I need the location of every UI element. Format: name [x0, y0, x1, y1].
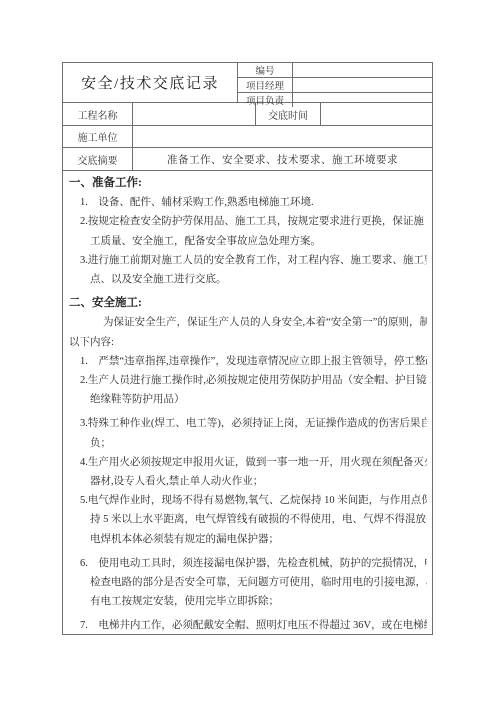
body-line: 2.按规定检查安全防护劳保用品、施工工具，按规定要求进行更换，保证施	[69, 212, 427, 231]
disclosure-time-label: 交底时间	[256, 103, 321, 125]
body-line: 3.特殊工种作业(焊工、电工等)，必须持证上岗，无证操作造成的伤害后果自	[69, 414, 427, 433]
body-line: 3.进行施工前期对施工人员的安全教育工作，对工程内容、施工要求、施工要	[69, 251, 427, 270]
header-row-top: 安全/技术交底记录 编号 项目经理 项目负责	[63, 63, 432, 103]
disclosure-time-value	[321, 103, 432, 125]
row-disclosure-summary: 交底摘要 准备工作、安全要求、技术要求、施工环境要求	[63, 148, 432, 171]
number-value	[293, 63, 432, 77]
construction-unit-label: 施工单位	[63, 126, 133, 147]
header-right-stack: 编号 项目经理 项目负责	[238, 63, 432, 102]
body-line: 4.生产用火必须按规定申报用火证，做到一事一地一开，用火现在须配备灭火	[69, 453, 427, 472]
project-name-value	[133, 103, 256, 125]
body-line: 以下内容:	[69, 333, 427, 352]
page: 安全/技术交底记录 编号 项目经理 项目负责 工程名称	[0, 0, 500, 708]
body-line: 器材,设专人看火,禁止单人动火作业；	[69, 472, 427, 491]
body-line: 有电工按规定安装，使用完毕立即拆除；	[69, 592, 427, 611]
row-construction-unit: 施工单位	[63, 126, 432, 148]
disclosure-summary-label: 交底摘要	[63, 148, 133, 170]
project-manager-value	[293, 78, 432, 92]
body-line: 一、准备工作:	[69, 174, 427, 193]
row-project-name: 工程名称 交底时间	[63, 103, 432, 126]
body-line: 1. 设备、配件、辅材采购工作,熟悉电梯施工环境.	[69, 193, 427, 212]
body-line: 6. 使用电动工具时，须连接漏电保护器，先检查机械，防护的完损情况，电工	[69, 554, 427, 573]
body-line: 7. 电梯井内工作，必须配戴安全帽、照明灯电压不得超过 36V，或在电梯维修	[69, 616, 427, 634]
body-line: 2.生产人员进行施工操作时,必须按规定使用劳保防护用品（安全帽、护目镜、	[69, 371, 427, 390]
body-line: 电焊机本体必须装有规定的漏电保护器；	[69, 530, 427, 549]
body-line: 工质量、安全施工，配备安全事故应急处理方案。	[69, 232, 427, 251]
row-project-manager: 项目经理	[238, 78, 432, 93]
body-line: 持 5 米以上水平距离，电气焊管线有破损的不得使用，电、气焊不得混放使用，	[69, 510, 427, 529]
body-line: 检查电路的部分是否安全可靠，无问题方可使用，临时用电的引接电源，必须	[69, 573, 427, 592]
disclosure-summary-value: 准备工作、安全要求、技术要求、施工环境要求	[133, 148, 432, 170]
body-line: 1. 严禁“违章指挥,违章操作”，发现违章情况应立即上报主管领导，停工整改。	[69, 352, 427, 371]
construction-unit-value	[133, 126, 432, 147]
body-line: 二、安全施工:	[69, 294, 427, 313]
body-line: 为保证安全生产，保证生产人员的人身安全,本着“安全第一”的原则，制定	[69, 313, 427, 332]
body-line: 点、以及安全施工进行交底。	[69, 270, 427, 289]
row-number: 编号	[238, 63, 432, 78]
body-line: 负；	[69, 434, 427, 453]
document-table: 安全/技术交底记录 编号 项目经理 项目负责 工程名称	[62, 62, 433, 635]
document-title: 安全/技术交底记录	[81, 72, 219, 93]
project-manager-label: 项目经理	[238, 78, 293, 92]
body-line: 绝缘鞋等防护用品）	[69, 390, 427, 409]
number-label: 编号	[238, 63, 293, 77]
project-name-label: 工程名称	[63, 103, 133, 125]
document-title-cell: 安全/技术交底记录	[63, 63, 238, 102]
disclosure-content: 一、准备工作:1. 设备、配件、辅材采购工作,熟悉电梯施工环境.2.按规定检查安…	[63, 171, 432, 634]
body-line: 5.电气焊作业时，现场不得有易燃物,氧气、乙烷保持 10 米间距，与作用点保	[69, 491, 427, 510]
